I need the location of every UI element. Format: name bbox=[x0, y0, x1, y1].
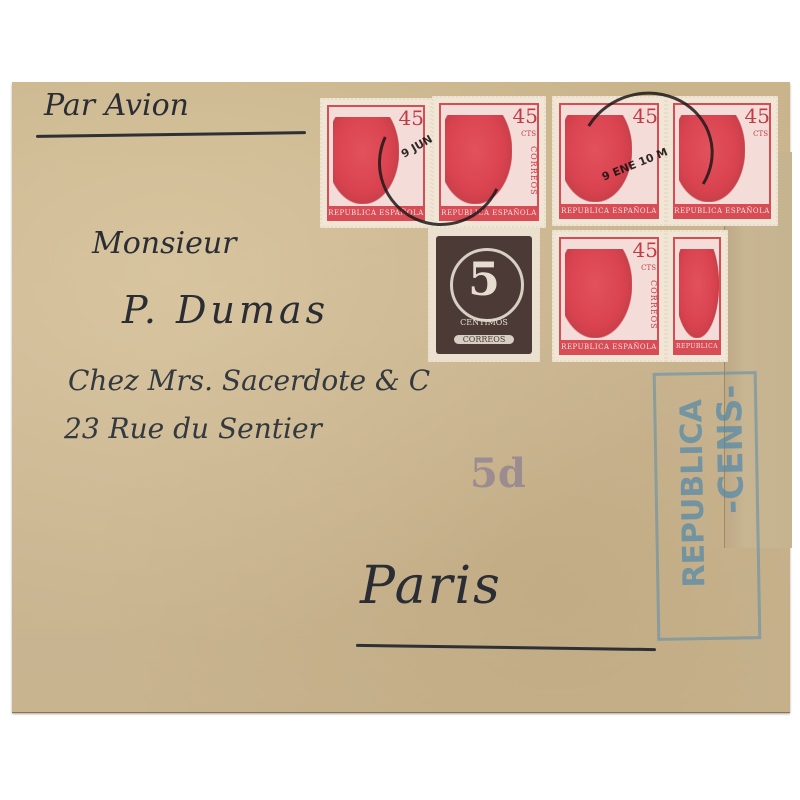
address-salutation: Monsieur bbox=[92, 226, 237, 261]
censor-mark: REPUBLICA -CENS- bbox=[653, 371, 762, 641]
address-name: P. Dumas bbox=[122, 288, 329, 332]
stamp-5-centimos: 5 CENTIMOS CORREOS bbox=[428, 228, 540, 362]
censor-line-1: REPUBLICA bbox=[674, 399, 712, 588]
address-street: 23 Rue du Sentier bbox=[64, 412, 322, 445]
handstamp-5d: 5d bbox=[470, 450, 526, 497]
airmail-note: Par Avion bbox=[44, 88, 189, 123]
censor-line-2: -CENS- bbox=[710, 384, 752, 514]
address-city: Paris bbox=[360, 556, 502, 616]
address-care-of: Chez Mrs. Sacerdote & C bbox=[68, 364, 430, 397]
stamp-45cts-5: 45 CTS CORREOS REPUBLICA ESPAÑOLA bbox=[552, 230, 666, 362]
stamp-45cts-6: REPUBLICA ESPAÑOLA bbox=[666, 230, 728, 362]
